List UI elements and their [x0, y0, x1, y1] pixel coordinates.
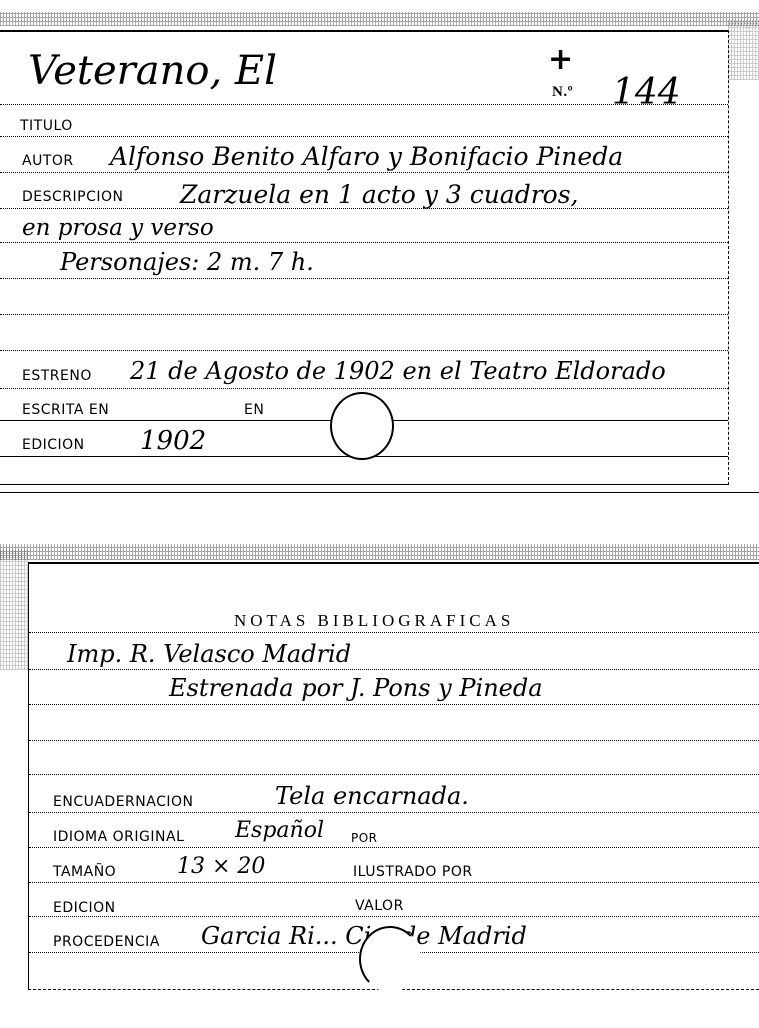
rule — [29, 882, 759, 883]
idioma-label: IDIOMA ORIGINAL — [53, 829, 184, 845]
estreno-label: ESTRENO — [22, 368, 92, 384]
rule — [0, 104, 728, 105]
tamano-label: TAMAÑO — [53, 864, 116, 880]
descripcion-value-2: en prosa y verso — [22, 215, 214, 241]
card-separator — [0, 492, 759, 493]
punch-hole — [359, 926, 421, 992]
por-label: POR — [351, 831, 378, 845]
edicion-label: EDICION — [22, 437, 85, 453]
rule — [29, 812, 759, 813]
valor-label: VALOR — [355, 898, 404, 914]
handwritten-title: Veterano, El — [28, 48, 277, 94]
titulo-label: TITULO — [20, 118, 73, 134]
edicion-label: EDICION — [53, 900, 116, 916]
rule — [0, 314, 728, 315]
rule — [0, 172, 728, 173]
descripcion-label: DESCRIPCION — [22, 189, 123, 205]
idioma-value: Español — [235, 818, 324, 843]
autor-label: AUTOR — [22, 153, 74, 169]
catalog-card-front: Veterano, El + N.º 144 TITULO AUTOR Alfo… — [0, 30, 729, 485]
encuadernacion-label: ENCUADERNACION — [53, 794, 193, 810]
scan-noise-top — [0, 12, 759, 26]
cross-mark: + — [548, 42, 573, 77]
scan-noise-side — [728, 20, 759, 80]
descripcion-value-3: Personajes: 2 m. 7 h. — [60, 248, 314, 276]
card-number: 144 — [612, 72, 681, 113]
rule — [29, 740, 759, 741]
escrita-en-label: ESCRITA EN — [22, 402, 109, 418]
rule — [29, 704, 759, 705]
catalog-card-back: NOTAS BIBLIOGRAFICAS Imp. R. Velasco Mad… — [28, 562, 759, 990]
rule — [0, 388, 728, 389]
notes-heading: NOTAS BIBLIOGRAFICAS — [234, 611, 514, 631]
scan-noise-side — [0, 550, 28, 670]
autor-value: Alfonso Benito Alfaro y Bonifacio Pineda — [110, 142, 623, 171]
encuadernacion-value: Tela encarnada. — [275, 782, 469, 810]
tamano-value: 13 × 20 — [177, 854, 265, 879]
en-label: EN — [244, 402, 264, 418]
rule — [0, 350, 728, 351]
scan-noise-top — [0, 544, 759, 560]
notes-line-2: Estrenada por J. Pons y Pineda — [169, 674, 543, 702]
rule — [0, 208, 728, 209]
notes-line-1: Imp. R. Velasco Madrid — [67, 640, 351, 668]
ilustrado-label: ILUSTRADO POR — [353, 864, 473, 880]
number-label: N.º — [552, 84, 573, 101]
rule — [29, 632, 759, 633]
punch-hole — [330, 392, 394, 460]
rule — [0, 136, 728, 137]
rule — [0, 242, 728, 243]
edicion-value: 1902 — [140, 426, 206, 456]
rule — [29, 774, 759, 775]
estreno-value: 21 de Agosto de 1902 en el Teatro Eldora… — [130, 357, 666, 385]
rule — [29, 847, 759, 848]
procedencia-label: PROCEDENCIA — [53, 934, 160, 950]
rule — [0, 278, 728, 279]
descripcion-value-1: Zarzuela en 1 acto y 3 cuadros, — [180, 180, 579, 209]
rule — [29, 916, 759, 917]
rule — [29, 669, 759, 670]
